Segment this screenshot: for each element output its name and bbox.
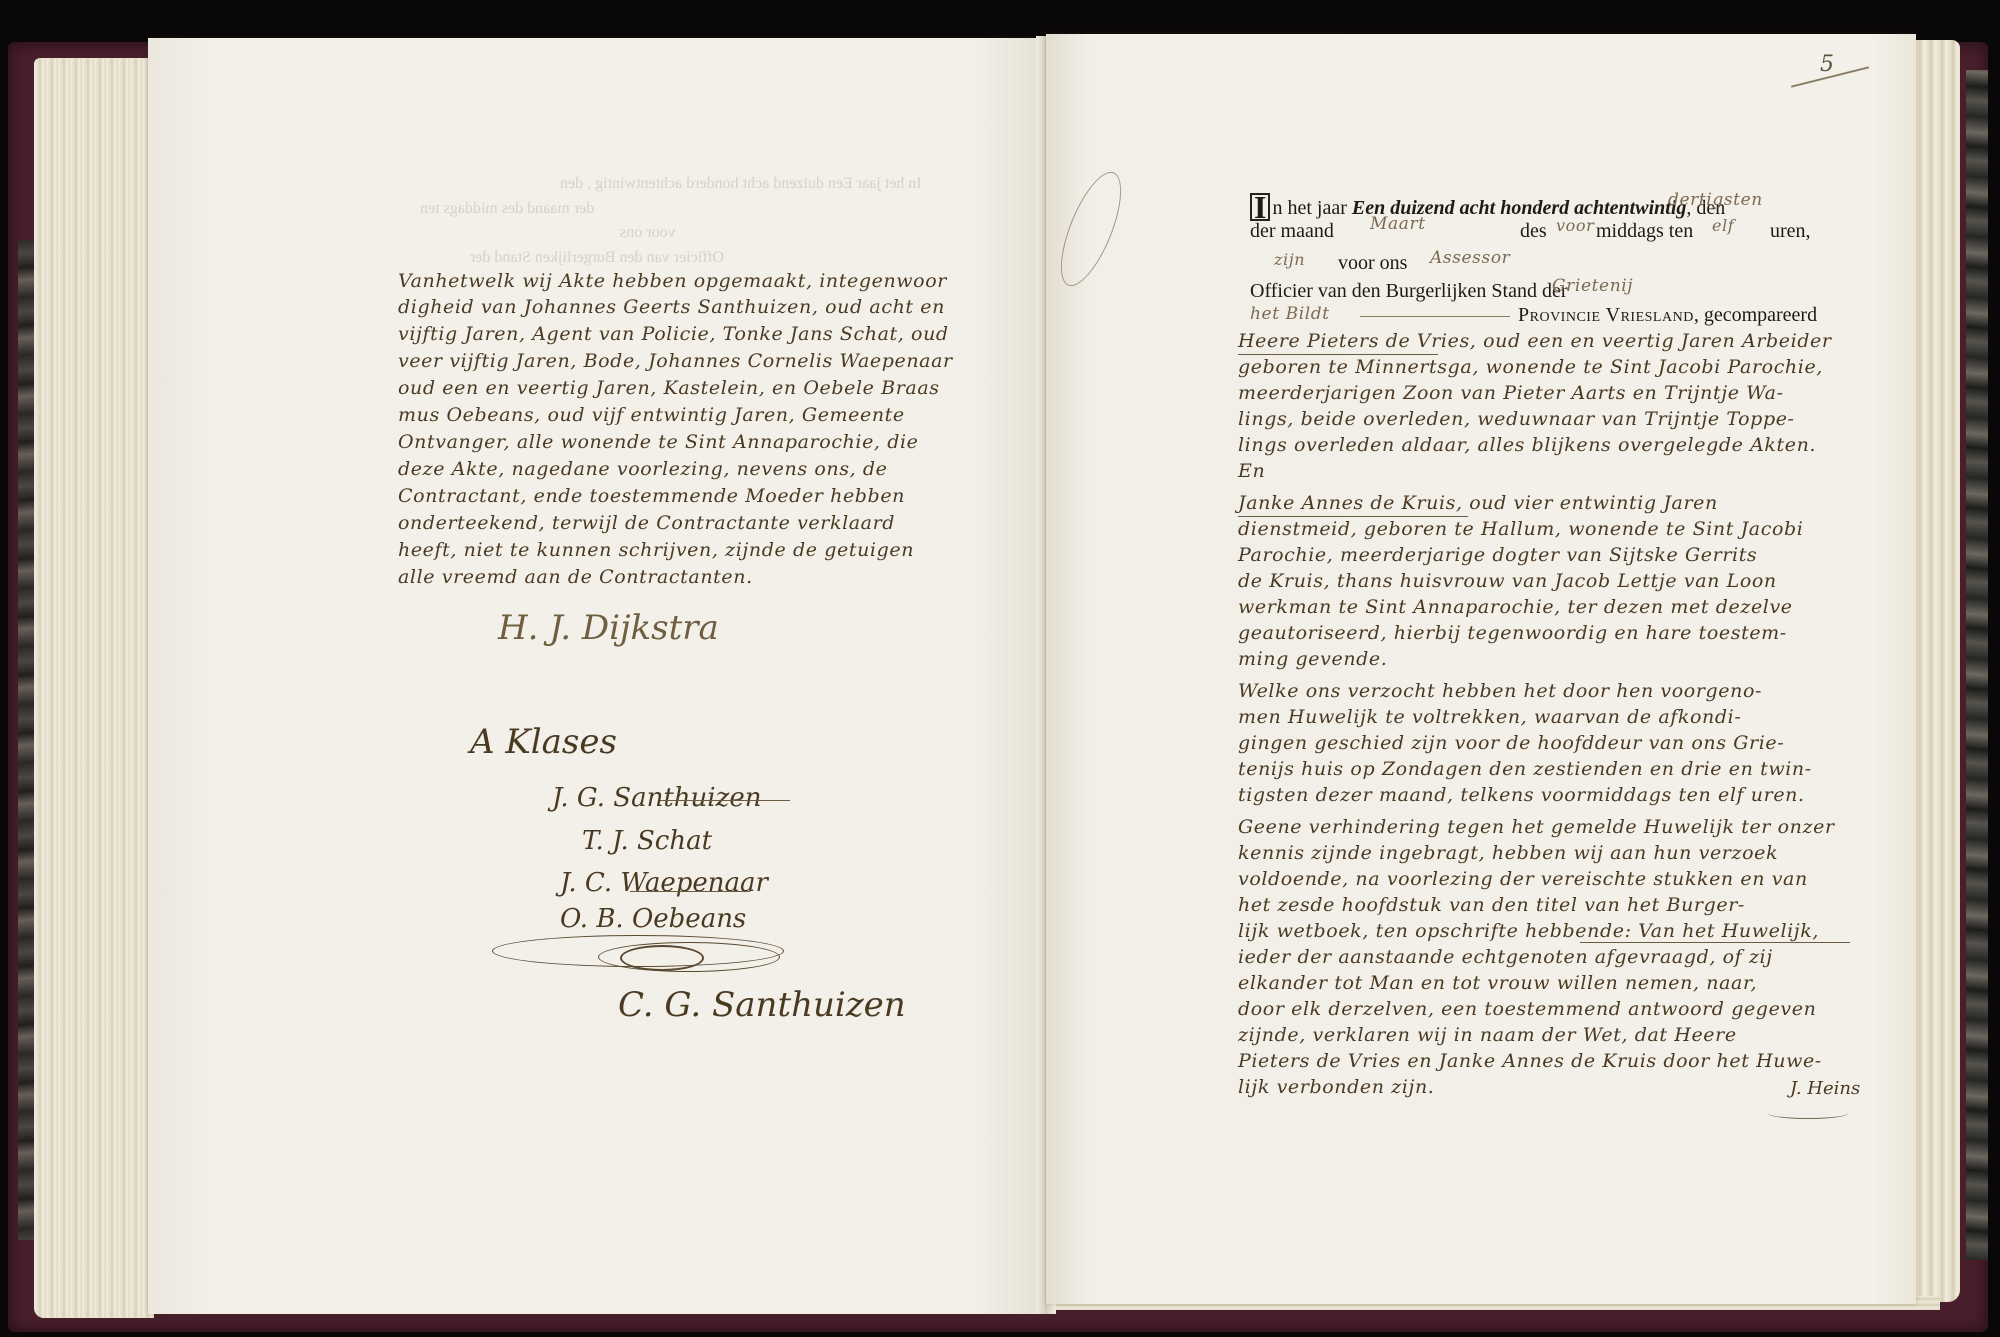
handwritten-line: geboren te Minnertsga, wonende te Sint J… — [1238, 356, 1823, 378]
form-line-2-middags: middags ten — [1596, 220, 1693, 243]
handwritten-line: door elk derzelven, een toestemmend antw… — [1238, 998, 1816, 1020]
handwritten-line: ieder der aanstaande echtgenoten afgevra… — [1238, 946, 1773, 968]
form-line-2-des: des — [1520, 220, 1547, 243]
signature: J. C. Waepenaar — [560, 868, 768, 898]
filled-day: dertigsten — [1668, 190, 1763, 210]
handwritten-line: elkander tot Man en tot vrouw willen nem… — [1238, 972, 1757, 994]
handwritten-line: lijk wetboek, ten opschrifte hebbende: V… — [1238, 920, 1819, 942]
handwritten-line: veer vijftig Jaren, Bode, Johannes Corne… — [398, 350, 953, 372]
form-line-5: Provincie Vriesland, gecompareerd — [1518, 304, 1817, 327]
handwritten-line: zijnde, verklaren wij in naam der Wet, d… — [1238, 1024, 1737, 1046]
signature-flourish — [660, 800, 790, 801]
form-line-1: In het jaar Een duizend acht honderd ach… — [1250, 193, 1725, 221]
name-underline — [1238, 516, 1468, 517]
page-edges-left — [34, 58, 154, 1318]
handwritten-line: lijk verbonden zijn. — [1238, 1076, 1434, 1098]
title-underline — [1580, 942, 1850, 943]
handwritten-line: deze Akte, nagedane voorlezing, nevens o… — [398, 458, 887, 480]
handwritten-line: Ontvanger, alle wonende te Sint Annaparo… — [398, 431, 918, 453]
handwritten-line: ming gevende. — [1238, 648, 1387, 670]
handwritten-line: het zesde hoofdstuk van den titel van he… — [1238, 894, 1745, 916]
filled-am-pm: voor — [1556, 216, 1594, 235]
print-through-line: der maand des middags ten — [420, 200, 594, 218]
handwritten-line: digheid van Johannes Geerts Santhuizen, … — [398, 296, 945, 318]
signature: C. G. Santhuizen — [618, 985, 906, 1025]
handwritten-line: oud een en veertig Jaren, Kastelein, en … — [398, 377, 940, 399]
handwritten-line: geautoriseerd, hierbij tegenwoordig en h… — [1238, 622, 1787, 644]
print-through-line: voor ons — [620, 224, 676, 242]
handwritten-line: lings overleden aldaar, alles blijkens o… — [1238, 434, 1816, 456]
filled-municipality: Grietenij — [1552, 276, 1633, 296]
handwritten-line: werkman te Sint Annaparochie, ter dezen … — [1238, 596, 1793, 618]
signature-flourish — [630, 891, 750, 892]
handwritten-line: meerderjarigen Zoon van Pieter Aarts en … — [1238, 382, 1784, 404]
province-name: Provincie Vriesland — [1518, 304, 1694, 326]
form-line-2-end: uren, — [1770, 220, 1811, 243]
handwritten-line: onderteekend, terwijl de Contractante ve… — [398, 512, 895, 534]
handwritten-line: dienstmeid, geboren te Hallum, wonende t… — [1238, 518, 1803, 540]
handwritten-line: voldoende, na voorlezing der vereischte … — [1238, 868, 1808, 890]
handwritten-line: En — [1238, 460, 1265, 482]
form-line-4: Officier van den Burgerlijken Stand der — [1250, 280, 1568, 303]
handwritten-line: lings, beide overleden, weduwnaar van Tr… — [1238, 408, 1795, 430]
handwritten-line: gingen geschied zijn voor de hoofddeur v… — [1238, 732, 1784, 754]
print-through-line: In het jaar Een duizend acht honderd ach… — [560, 175, 922, 193]
handwritten-line: Contractant, ende toestemmende Moeder he… — [398, 485, 905, 507]
folio-number: 5 — [1820, 52, 1834, 77]
handwritten-line: tenijs huis op Zondagen den zestienden e… — [1238, 758, 1812, 780]
marbled-endpaper-right — [1966, 70, 1988, 1260]
left-page — [148, 38, 1046, 1314]
handwritten-line: de Kruis, thans huisvrouw van Jacob Lett… — [1238, 570, 1777, 592]
print-through-line: Officier van den Burgerlijken Stand der — [470, 249, 724, 267]
handwritten-line: kennis zijnde ingebragt, hebben wij aan … — [1238, 842, 1778, 864]
form-line-2-label: der maand — [1250, 220, 1334, 243]
handwritten-line: Janke Annes de Kruis, oud vier entwintig… — [1238, 492, 1718, 514]
filled-verb: zijn — [1274, 250, 1305, 269]
handwritten-line: Geene verhindering tegen het gemelde Huw… — [1238, 816, 1835, 838]
filled-month: Maart — [1370, 214, 1426, 234]
filled-hour: elf — [1712, 216, 1734, 235]
filled-district: het Bildt — [1250, 304, 1330, 324]
form-line-3: voor ons — [1338, 252, 1407, 275]
closing-paraph — [1768, 1108, 1848, 1119]
handwritten-line: tigsten dezer maand, telkens voormiddags… — [1238, 784, 1805, 806]
signature-flourish — [620, 945, 704, 971]
name-underline — [1238, 354, 1438, 355]
handwritten-line: heeft, niet te kunnen schrijven, zijnde … — [398, 539, 914, 561]
signature: A Klases — [470, 722, 617, 762]
handwritten-line: Welke ons verzocht hebben het door hen v… — [1238, 680, 1762, 702]
blank-rule — [1360, 316, 1510, 317]
filled-official: Assessor — [1430, 248, 1510, 268]
handwritten-line: Parochie, meerderjarige dogter van Sijts… — [1238, 544, 1757, 566]
drop-cap: I — [1250, 193, 1270, 221]
signature: J. G. Santhuizen — [552, 783, 761, 813]
signature: O. B. Oebeans — [560, 904, 746, 934]
closing-initials: J. Heins — [1790, 1078, 1860, 1099]
handwritten-line: Heere Pieters de Vries, oud een en veert… — [1238, 330, 1832, 352]
handwritten-line: Vanhetwelk wij Akte hebben opgemaakt, in… — [398, 270, 947, 292]
handwritten-line: alle vreemd aan de Contractanten. — [398, 566, 753, 588]
handwritten-line: men Huwelijk te voltrekken, waarvan de a… — [1238, 706, 1741, 728]
handwritten-line: mus Oebeans, oud vijf entwintig Jaren, G… — [398, 404, 905, 426]
handwritten-line: vijftig Jaren, Agent van Policie, Tonke … — [398, 323, 949, 345]
signature: H. J. Dijkstra — [498, 608, 719, 648]
handwritten-line: Pieters de Vries en Janke Annes de Kruis… — [1238, 1050, 1822, 1072]
signature: T. J. Schat — [582, 826, 712, 856]
